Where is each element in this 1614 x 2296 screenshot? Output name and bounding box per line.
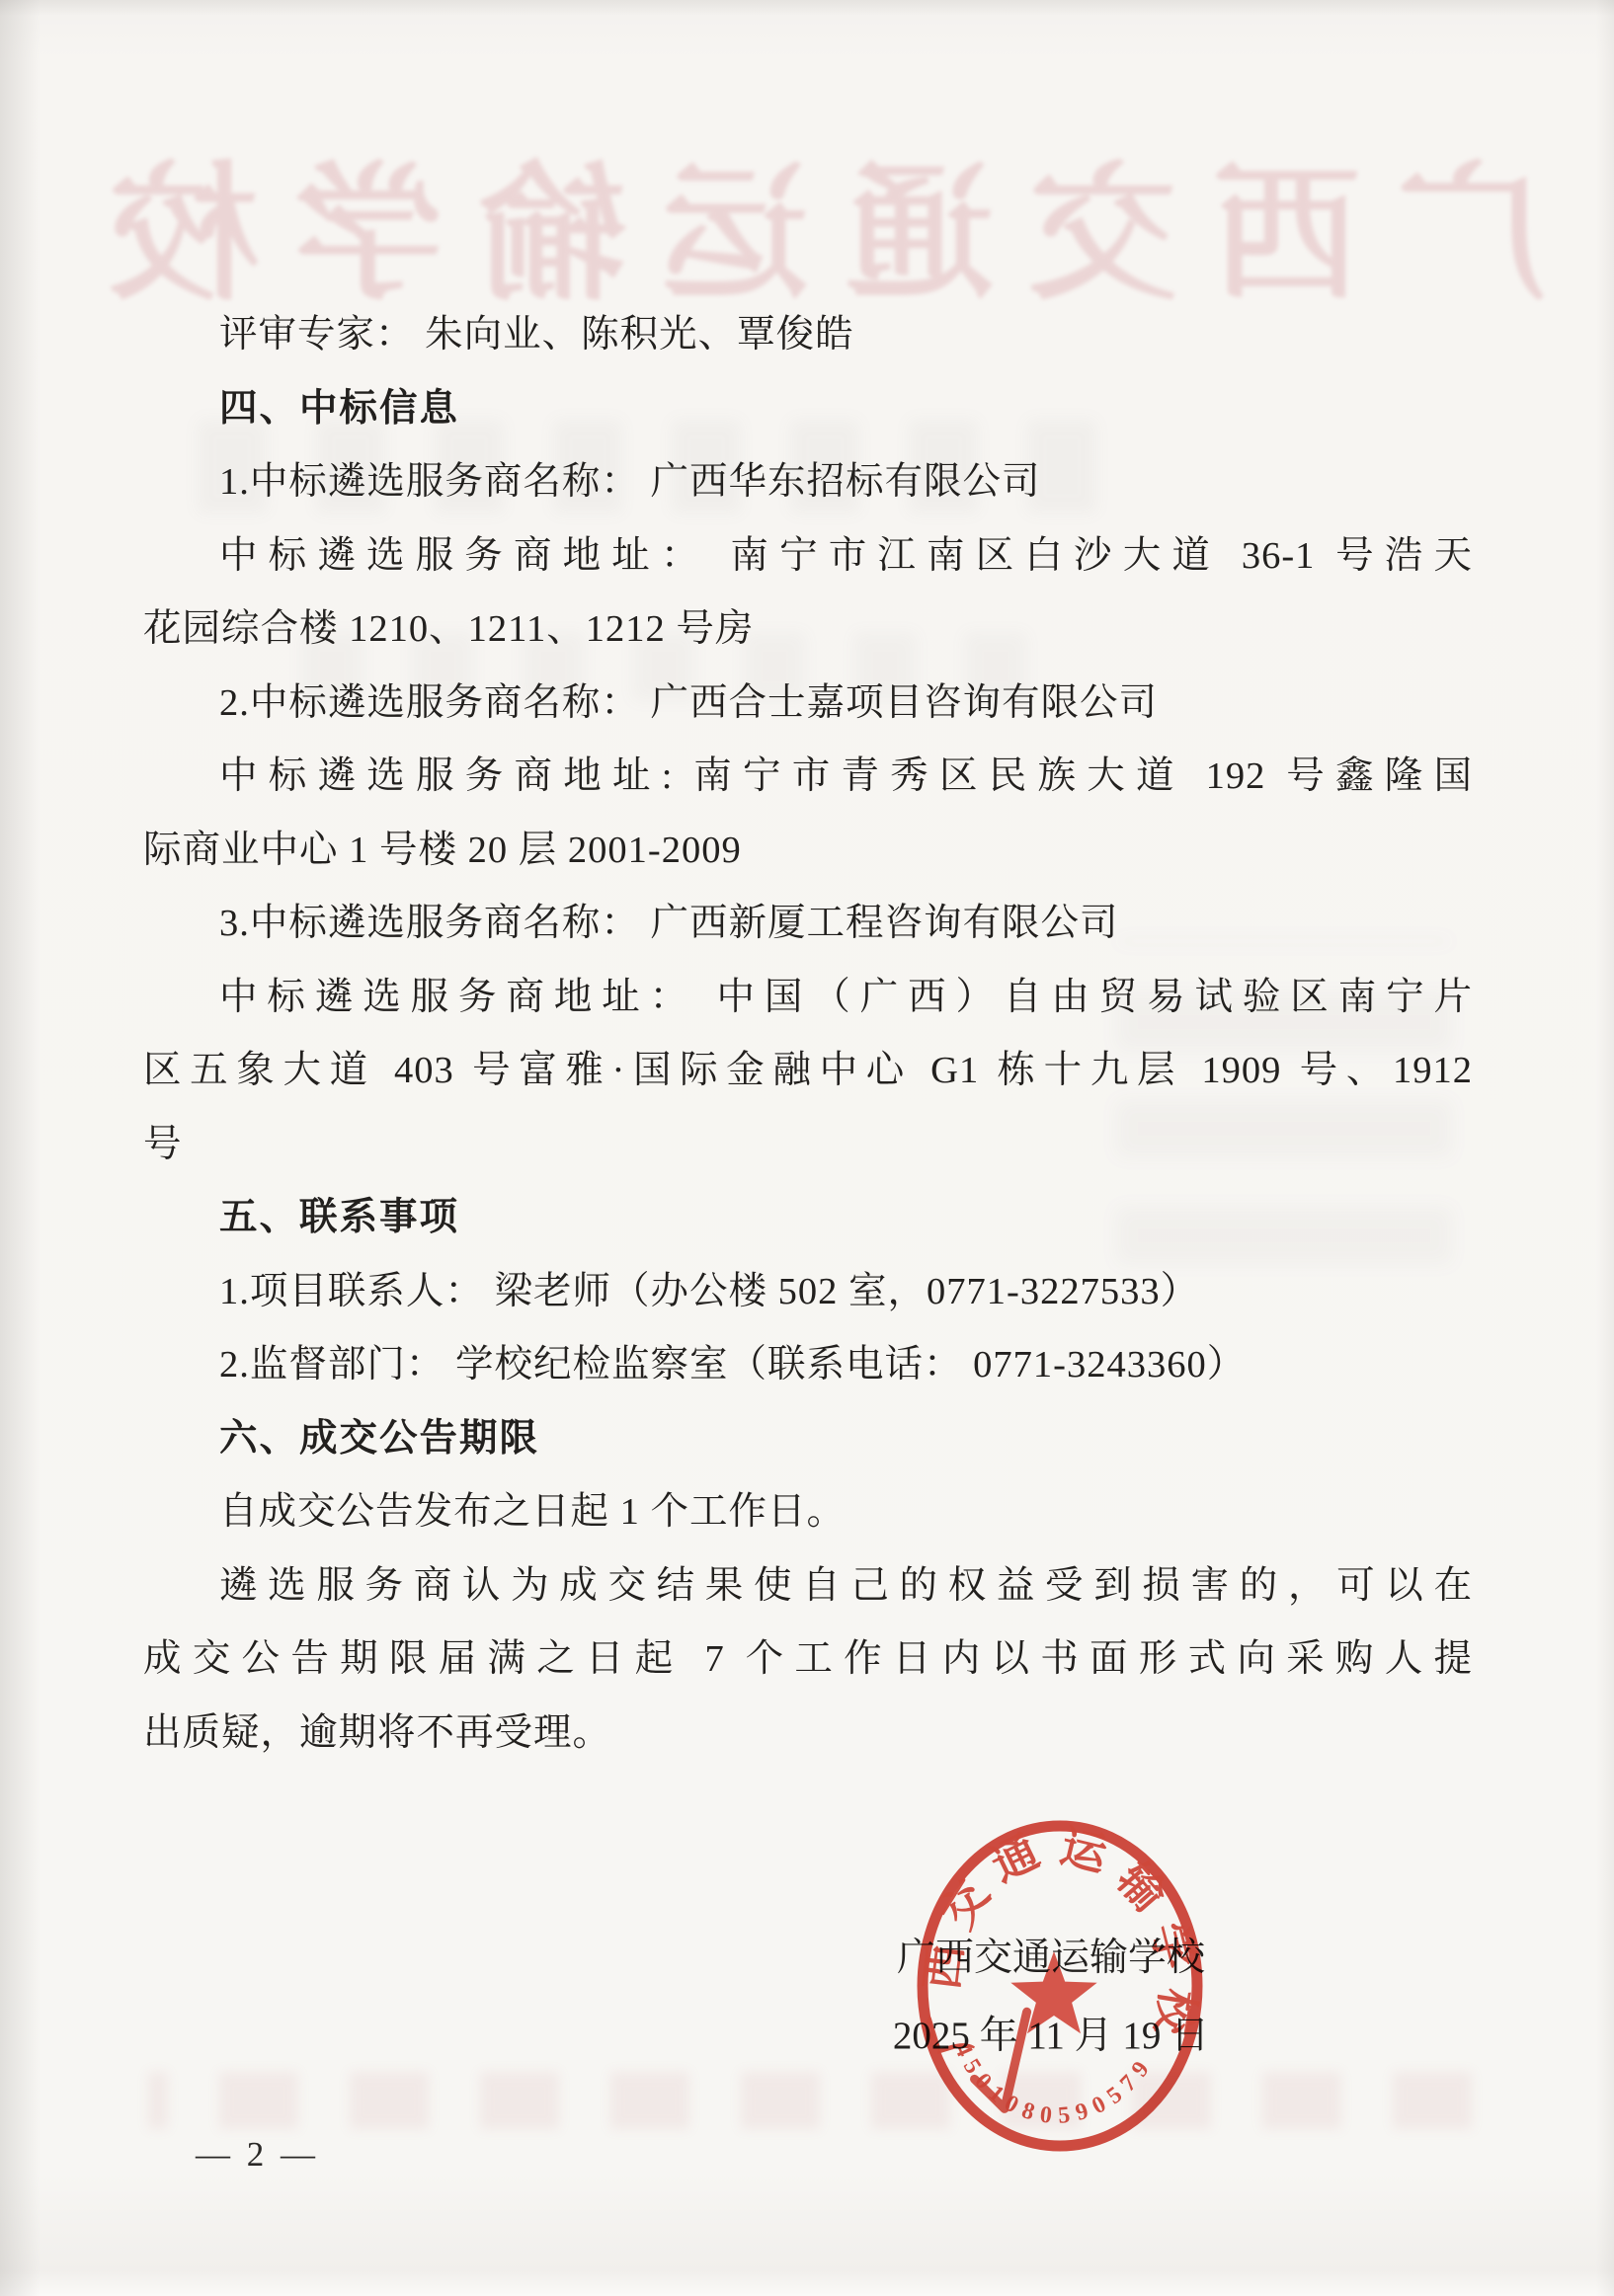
scan-edge-shadow-right: [1596, 0, 1614, 2296]
text-line: 六、成交公告期限: [143, 1402, 1473, 1476]
page-number: — 2 —: [196, 2135, 319, 2175]
text-line: 1.项目联系人： 梁老师（办公楼 502 室，0771-3227533）: [143, 1255, 1473, 1329]
text-line: 五、联系事项: [143, 1181, 1473, 1255]
text-line: 成交公告期限届满之日起 7 个工作日内以书面形式向采购人提: [143, 1623, 1473, 1697]
text-line: 评审专家： 朱向业、陈积光、覃俊皓: [143, 298, 1473, 372]
text-line: 际商业中心 1 号楼 20 层 2001-2009: [143, 814, 1473, 888]
seal-ring-text: 广西交通运输学校: [917, 1821, 1204, 2062]
text-line: 出质疑，逾期将不再受理。: [143, 1697, 1473, 1771]
scan-edge-shadow-top: [0, 0, 1614, 16]
text-line: 2.中标遴选服务商名称： 广西合士嘉项目咨询有限公司: [143, 667, 1473, 741]
text-line: 号: [143, 1108, 1473, 1182]
text-line: 四、中标信息: [143, 372, 1473, 446]
text-line: 自成交公告发布之日起 1 个工作日。: [143, 1475, 1473, 1549]
scan-edge-shadow-left: [0, 0, 47, 2296]
text-line: 2.监督部门： 学校纪检监察室（联系电话： 0771-3243360）: [143, 1328, 1473, 1402]
body-lines: 评审专家： 朱向业、陈积光、覃俊皓四、中标信息1.中标遴选服务商名称： 广西华东…: [143, 298, 1473, 1770]
text-line: 遴选服务商认为成交结果使自己的权益受到损害的，可以在: [143, 1549, 1473, 1623]
text-line: 中标遴选服务商地址： 南宁市江南区白沙大道 36-1 号浩天: [143, 519, 1473, 594]
document-page: 广西交通运输学校 评审专家： 朱向业、陈积光、覃俊皓四、中标信息1.中标遴选服务…: [0, 0, 1614, 2296]
text-line: 区五象大道 403 号富雅·国际金融中心 G1 栋十九层 1909 号、1912: [143, 1034, 1473, 1108]
text-line: 花园综合楼 1210、1211、1212 号房: [143, 593, 1473, 667]
text-line: 中标遴选服务商地址： 中国（广西）自由贸易试验区南宁片: [143, 961, 1473, 1035]
text-line: 中标遴选服务商地址: 南宁市青秀区民族大道 192 号鑫隆国: [143, 740, 1473, 814]
official-seal: 广西交通运输学校 4501080590579: [909, 1812, 1215, 2158]
bleed-smudge: [148, 2072, 1472, 2129]
bleed-through-letterhead: 广西交通运输学校: [59, 115, 1561, 328]
text-line: 1.中标遴选服务商名称： 广西华东招标有限公司: [143, 445, 1473, 519]
text-line: 3.中标遴选服务商名称： 广西新厦工程咨询有限公司: [143, 887, 1473, 961]
